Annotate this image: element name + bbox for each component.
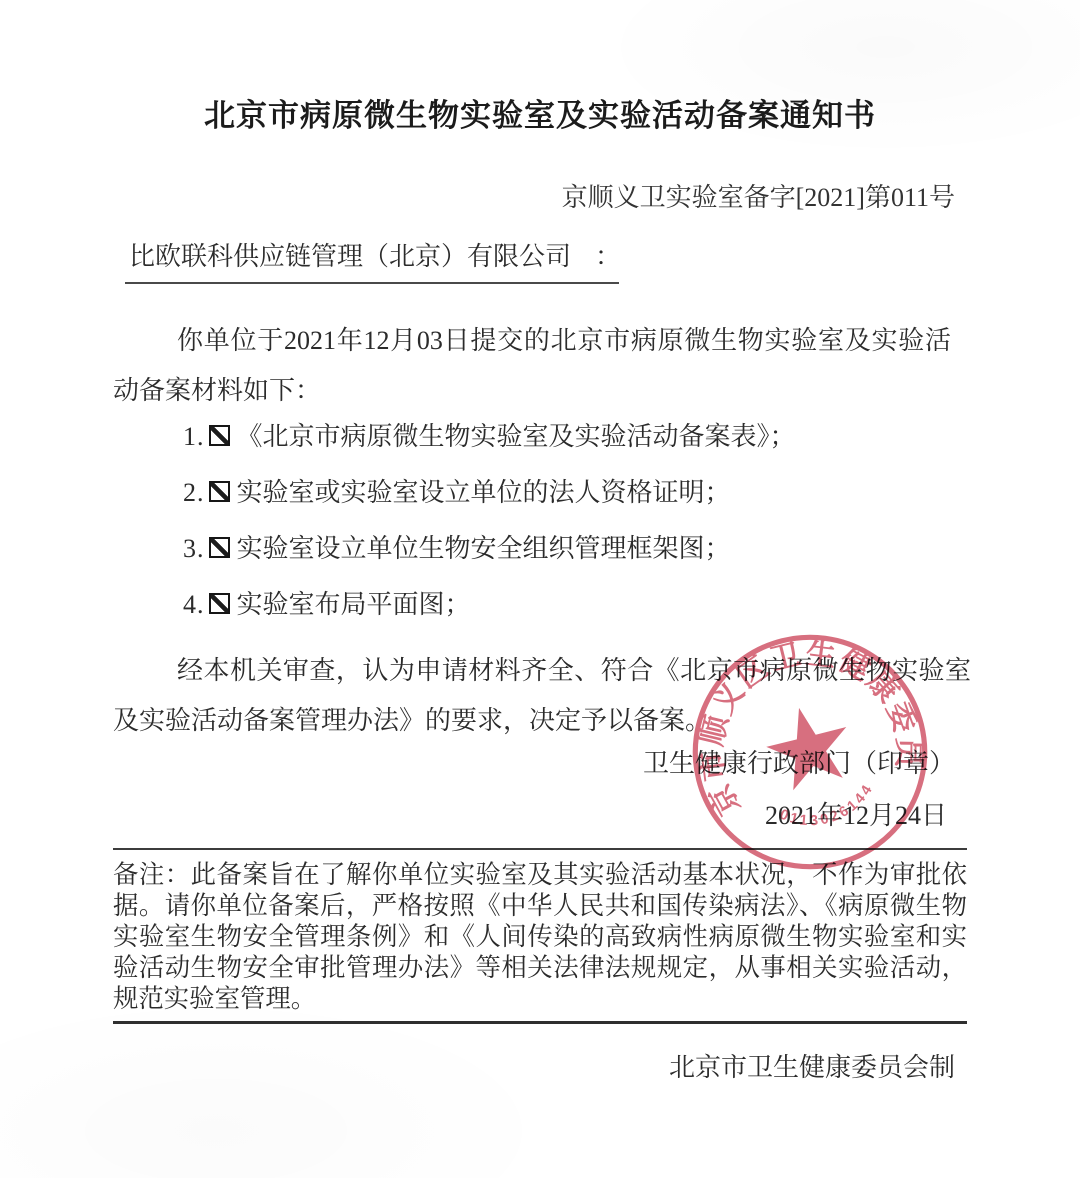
item-number: 4. [183, 590, 205, 619]
addressee-row: 比欧联科供应链管理（北京）有限公司： [129, 240, 967, 274]
item-number: 1. [183, 422, 205, 451]
item-text: 实验室设立单位生物安全组织管理框架图； [237, 534, 731, 563]
reference-number: 京顺义卫实验室备字[2021]第011号 [113, 180, 967, 216]
decision-paragraph: 经本机关审查，认为申请材料齐全、符合《北京市病原微生物实验室及实验活动备案管理办… [113, 646, 971, 746]
item-text: 实验室布局平面图； [237, 590, 471, 619]
addressee-name: 比欧联科供应链管理（北京）有限公司 [129, 242, 571, 271]
note-paragraph: 备注：此备案旨在了解你单位实验室及其实验活动基本状况，不作为审批依据。请你单位备… [113, 860, 967, 1015]
addressee-underline [125, 282, 619, 284]
addressee-colon: ： [595, 242, 621, 271]
checked-checkbox-icon [209, 593, 230, 614]
date-line: 2021年12月24日 [113, 798, 967, 834]
document-title: 北京市病原微生物实验室及实验活动备案通知书 [113, 96, 967, 136]
item-text: 《北京市病原微生物实验室及实验活动备案表》； [237, 422, 796, 451]
checked-checkbox-icon [209, 481, 230, 502]
list-item: 4.实验室布局平面图； [183, 590, 967, 620]
list-item: 3.实验室设立单位生物安全组织管理框架图； [183, 534, 967, 564]
checked-checkbox-icon [209, 537, 230, 558]
checked-checkbox-icon [209, 425, 230, 446]
list-item: 1.《北京市病原微生物实验室及实验活动备案表》； [183, 422, 967, 452]
issuer-line: 北京市卫生健康委员会制 [113, 1050, 967, 1086]
divider-top [113, 848, 967, 850]
document-page: 北京市病原微生物实验室及实验活动备案通知书 京顺义卫实验室备字[2021]第01… [0, 0, 1080, 1178]
item-text: 实验室或实验室设立单位的法人资格证明； [237, 478, 731, 507]
item-number: 2. [183, 478, 205, 507]
signature-line: 卫生健康行政部门（印章） [113, 746, 967, 782]
list-item: 2.实验室或实验室设立单位的法人资格证明； [183, 478, 967, 508]
material-list: 1.《北京市病原微生物实验室及实验活动备案表》； 2.实验室或实验室设立单位的法… [183, 422, 967, 620]
divider-bottom [113, 1021, 967, 1024]
item-number: 3. [183, 534, 205, 563]
intro-paragraph: 你单位于2021年12月03日提交的北京市病原微生物实验室及实验活动备案材料如下… [113, 316, 951, 416]
